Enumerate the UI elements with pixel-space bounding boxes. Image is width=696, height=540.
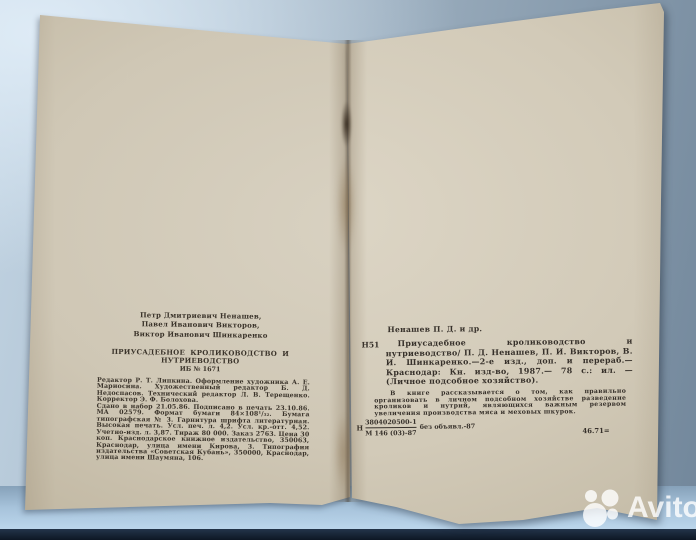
right-page-text-layer: Ненашев П. Д. и др. Н51 Приусадебное кро… <box>0 0 696 540</box>
index-suffix: без объявл.-87 <box>420 423 476 432</box>
book-photo-scene: Петр Дмитриевич Ненашев, Павел Иванович … <box>0 0 696 540</box>
catalog-code: Н51 <box>362 340 380 349</box>
index-numerator: 3804020500-1 <box>365 418 417 429</box>
catalog-author-heading: Ненашев П. Д. и др. <box>387 324 482 334</box>
catalog-entry: Приусадебное кролиководство и нутриеводс… <box>386 337 633 388</box>
index-prefix: Н <box>356 423 363 432</box>
avito-watermark: Avito <box>580 486 696 530</box>
index-fraction: 3804020500-1 М 146 (03)-87 <box>365 418 417 437</box>
avito-watermark-label: Avito <box>627 486 696 530</box>
annotation-text: В книге рассказывается о том, как правил… <box>374 389 626 418</box>
bbk-code: 46.71= <box>582 427 609 435</box>
right-page: Ненашев П. Д. и др. Н51 Приусадебное кро… <box>0 0 696 540</box>
index-denominator: М 146 (03)-87 <box>365 428 417 437</box>
index-line: Н 3804020500-1 М 146 (03)-87 без объявл.… <box>356 417 475 437</box>
avito-logo-icon <box>580 486 624 530</box>
right-page-wrap: Ненашев П. Д. и др. Н51 Приусадебное кро… <box>0 0 696 540</box>
